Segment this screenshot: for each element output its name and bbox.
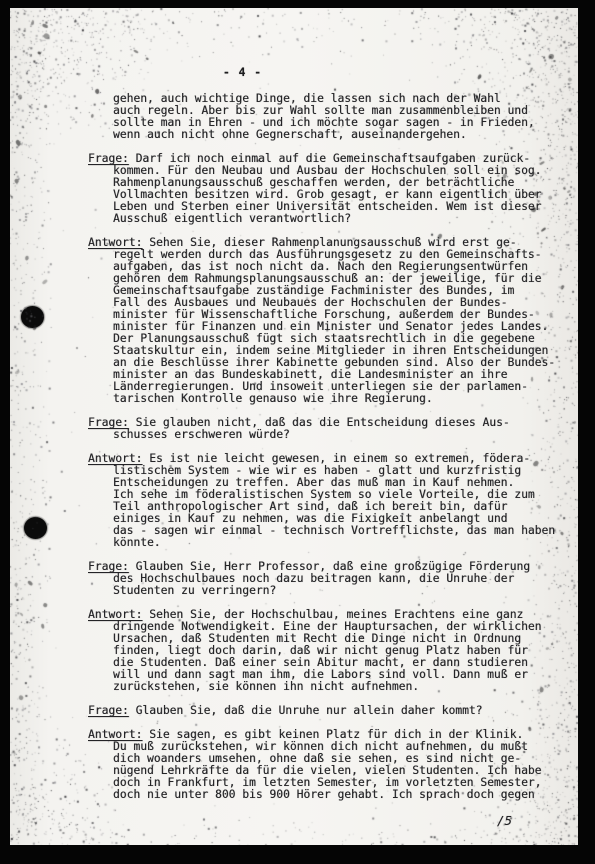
question-paragraph: Frage: Glauben Sie, daß die Unruhe nur a… (88, 705, 568, 717)
qa-label: Antwort: (88, 728, 142, 741)
text-block: gehen, auch wichtige Dinge, die lassen s… (88, 93, 568, 813)
scan-background: - 4 - gehen, auch wichtige Dinge, die la… (0, 0, 595, 864)
page-number-header: - 4 - (223, 66, 262, 79)
hole-punch-bottom-icon (24, 517, 47, 539)
qa-label: Frage: (88, 704, 129, 717)
question-paragraph: Frage: Sie glauben nicht, daß das die En… (88, 417, 568, 441)
question-paragraph: Frage: Glauben Sie, Herr Professor, daß … (88, 561, 568, 597)
answer-paragraph: Antwort: Es ist nie leicht gewesen, in e… (88, 453, 568, 549)
qa-label: Antwort: (88, 452, 142, 465)
qa-label: Antwort: (88, 608, 142, 621)
body-paragraph: gehen, auch wichtige Dinge, die lassen s… (88, 93, 568, 141)
answer-paragraph: Antwort: Sie sagen, es gibt keinen Platz… (88, 729, 568, 801)
qa-label: Frage: (88, 560, 129, 573)
qa-label: Frage: (88, 416, 129, 429)
hole-punch-top-icon (21, 306, 44, 328)
scanned-page: - 4 - gehen, auch wichtige Dinge, die la… (10, 8, 578, 845)
qa-label: Frage: (88, 152, 129, 165)
qa-label: Antwort: (88, 236, 142, 249)
question-paragraph: Frage: Darf ich noch einmal auf die Geme… (88, 153, 568, 225)
answer-paragraph: Antwort: Sehen Sie, dieser Rahmenplanung… (88, 237, 568, 405)
answer-paragraph: Antwort: Sehen Sie, der Hochschulbau, me… (88, 609, 568, 693)
page-number-footer: /5 (497, 813, 512, 828)
